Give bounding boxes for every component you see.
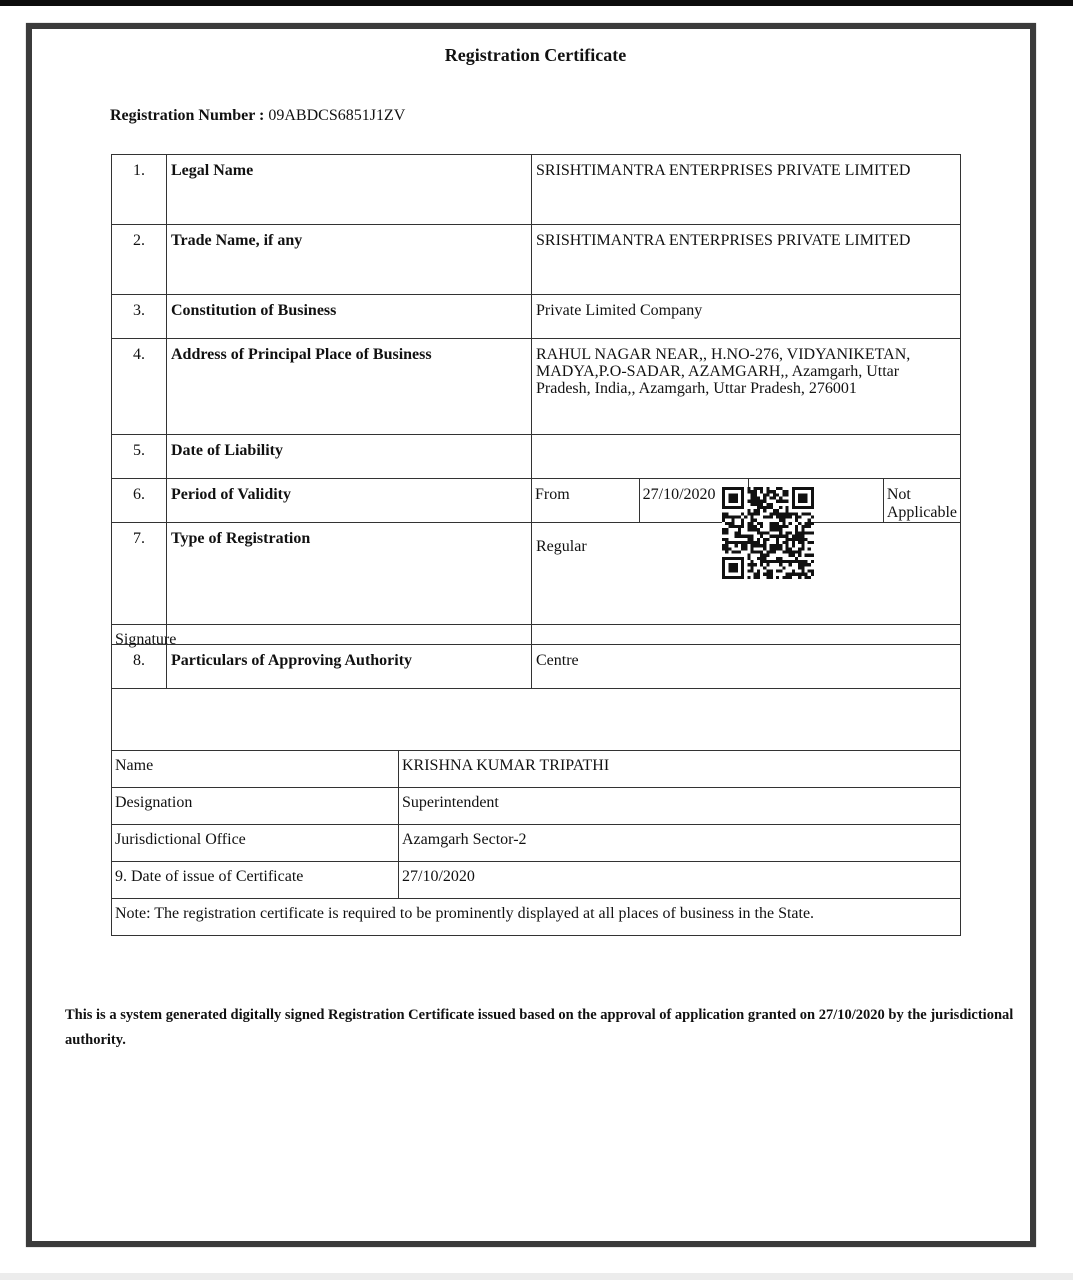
table-row: 3. Constitution of Business Private Limi…	[112, 295, 961, 339]
row-label: Address of Principal Place of Business	[167, 339, 532, 435]
address-value: RAHUL NAGAR NEAR,, H.NO-276, VIDYANIKETA…	[532, 339, 961, 435]
legal-name-value: SRISHTIMANTRA ENTERPRISES PRIVATE LIMITE…	[532, 155, 961, 225]
signature-row: Signature	[112, 625, 961, 751]
name-value: KRISHNA KUMAR TRIPATHI	[399, 751, 961, 788]
qr-code-icon	[722, 487, 814, 579]
table-row: 5. Date of Liability	[112, 435, 961, 479]
row-label: Constitution of Business	[167, 295, 532, 339]
issue-date-label: 9. Date of issue of Certificate	[112, 862, 399, 899]
table-row: Jurisdictional Office Azamgarh Sector-2	[112, 825, 961, 862]
row-number: 6.	[112, 479, 167, 523]
registration-number-label: Registration Number :	[110, 107, 264, 124]
table-row: 9. Date of issue of Certificate 27/10/20…	[112, 862, 961, 899]
from-label: From	[532, 479, 639, 522]
bottom-bar	[0, 1273, 1073, 1280]
table-row: 1. Legal Name SRISHTIMANTRA ENTERPRISES …	[112, 155, 961, 225]
row-number: 5.	[112, 435, 167, 479]
details-table: 1. Legal Name SRISHTIMANTRA ENTERPRISES …	[111, 154, 961, 689]
issue-date-value: 27/10/2020	[399, 862, 961, 899]
system-generated-notice: This is a system generated digitally sig…	[65, 1003, 1015, 1053]
display-note: Note: The registration certificate is re…	[112, 899, 961, 936]
designation-value: Superintendent	[399, 788, 961, 825]
registration-type-value: Regular	[536, 538, 587, 555]
row-number: 2.	[112, 225, 167, 295]
row-label: Date of Liability	[167, 435, 532, 479]
trade-name-value: SRISHTIMANTRA ENTERPRISES PRIVATE LIMITE…	[532, 225, 961, 295]
row-number: 1.	[112, 155, 167, 225]
table-row: Name KRISHNA KUMAR TRIPATHI	[112, 751, 961, 788]
registration-number-value: 09ABDCS6851J1ZV	[268, 107, 405, 124]
title-text: Registration Certificate	[445, 45, 626, 65]
date-of-liability-value	[532, 435, 961, 479]
row-label: Period of Validity	[167, 479, 532, 523]
top-bar	[0, 0, 1073, 6]
table-row: 2. Trade Name, if any SRISHTIMANTRA ENTE…	[112, 225, 961, 295]
table-row: Designation Superintendent	[112, 788, 961, 825]
designation-label: Designation	[112, 788, 399, 825]
signature-label: Signature	[112, 625, 961, 751]
row-label: Legal Name	[167, 155, 532, 225]
table-row: 4. Address of Principal Place of Busines…	[112, 339, 961, 435]
signature-table: Signature Name KRISHNA KUMAR TRIPATHI De…	[111, 624, 961, 936]
jurisdictional-office-label: Jurisdictional Office	[112, 825, 399, 862]
table-row: 6. Period of Validity From 27/10/2020 To…	[112, 479, 961, 523]
registration-number: Registration Number : 09ABDCS6851J1ZV	[110, 107, 405, 125]
to-date: Not Applicable	[883, 479, 960, 522]
table-row: Note: The registration certificate is re…	[112, 899, 961, 936]
row-label: Trade Name, if any	[167, 225, 532, 295]
jurisdictional-office-value: Azamgarh Sector-2	[399, 825, 961, 862]
row-number: 4.	[112, 339, 167, 435]
row-number: 3.	[112, 295, 167, 339]
page-title: Registration Certificate	[0, 45, 1073, 66]
name-label: Name	[112, 751, 399, 788]
constitution-value: Private Limited Company	[532, 295, 961, 339]
